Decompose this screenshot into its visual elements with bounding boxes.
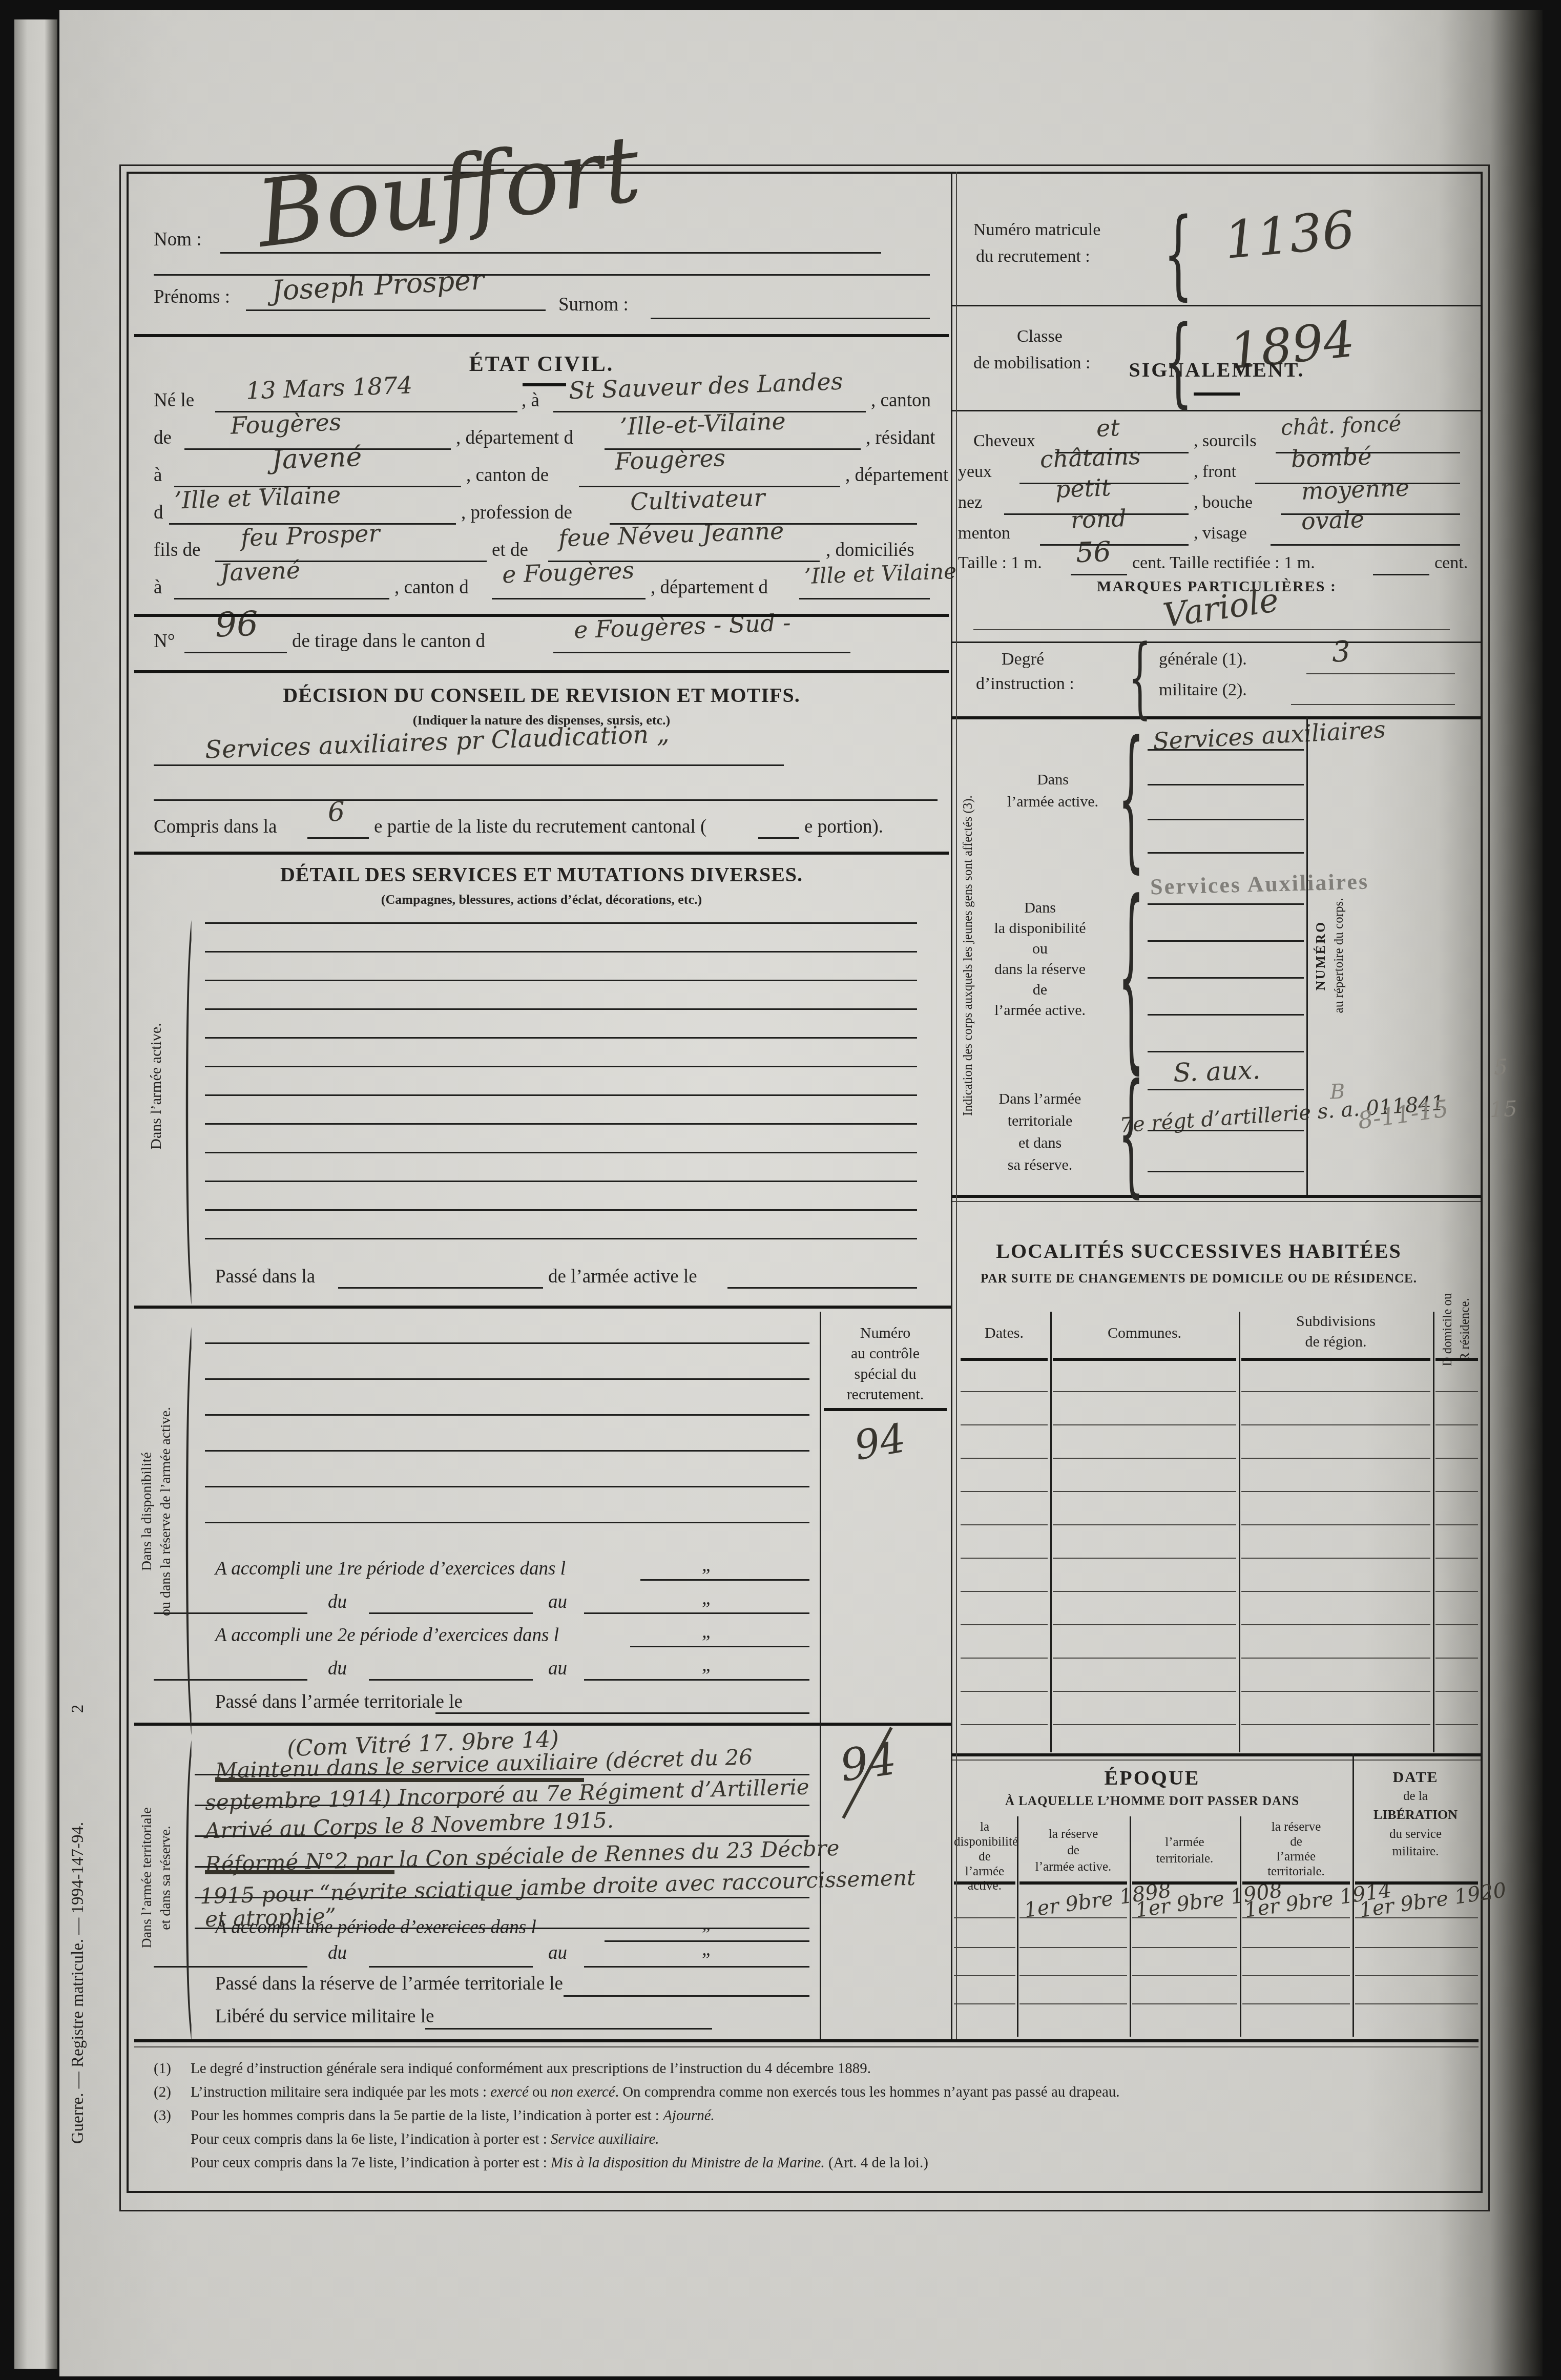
rule-line xyxy=(954,1947,1015,1948)
epoque-col1-0: la xyxy=(954,1820,1015,1834)
numero-controle-header-2: au contrôle xyxy=(824,1345,947,1362)
brace-decoration: { xyxy=(1118,729,1144,867)
compris-label-b: e partie de la liste du recrutement cant… xyxy=(374,817,706,838)
signalement-title: SIGNALEMENT. xyxy=(958,359,1475,381)
rule-line xyxy=(1053,1391,1236,1392)
taille-value: 56 xyxy=(1075,535,1112,569)
rule-line xyxy=(492,598,646,599)
degre-label-1: Degré xyxy=(1002,650,1044,669)
taille-label-a: Taille : 1 m. xyxy=(958,553,1042,572)
footnote-3b: Ajourné. xyxy=(663,2107,715,2124)
a3-label: à xyxy=(154,577,162,598)
dept3-value: ’Ille et Vilaine xyxy=(804,558,956,589)
footnote-2b: exercé xyxy=(490,2084,529,2100)
rule-line xyxy=(205,1414,809,1416)
footnote-3-text: Pour les hommes compris dans la 5e parti… xyxy=(191,2108,715,2124)
surnom-label: Surnom : xyxy=(558,295,629,316)
rule-line xyxy=(961,1358,1048,1361)
corps-territ-label-1: territoriale xyxy=(963,1112,1117,1129)
corps-territ-label-0: Dans l’armée xyxy=(963,1090,1117,1107)
ditto-6: „ xyxy=(702,1939,713,1960)
rule-line xyxy=(1148,1051,1304,1052)
disponibilite-side-label-2: ou dans la réserve de l’armée active. xyxy=(158,1407,174,1616)
generale-value: 3 xyxy=(1331,635,1351,669)
rule-line xyxy=(1241,1624,1430,1625)
rule-line xyxy=(1148,1014,1304,1016)
epoque-col2-0: la réserve xyxy=(1019,1827,1127,1841)
rule-line xyxy=(246,309,546,311)
epoque-col4-1: de xyxy=(1242,1835,1350,1849)
periode1-label: A accompli une 1re période d’exercices d… xyxy=(215,1559,566,1580)
rule-line xyxy=(435,1712,809,1714)
rule-line xyxy=(1435,1691,1478,1692)
rule-line xyxy=(1242,1881,1350,1885)
rule-line xyxy=(605,1940,809,1942)
grid-line xyxy=(1050,1312,1052,1752)
profession-label: , profession de xyxy=(461,503,572,524)
footnote-5-text: Pour ceux compris dans la 7e liste, l’in… xyxy=(191,2155,928,2171)
rule-line xyxy=(1271,544,1460,546)
rule-line xyxy=(961,1558,1048,1559)
epoque-title: ÉPOQUE xyxy=(952,1767,1352,1789)
rule-line xyxy=(1132,1947,1237,1948)
rule-line xyxy=(425,2028,712,2030)
territoriale-crossed-number: 94 xyxy=(837,1733,900,1792)
tirage-label: de tirage dans le canton d xyxy=(292,631,485,652)
territoriale-side-label-1: Dans l’armée territoriale xyxy=(139,1807,155,1948)
rule-line xyxy=(134,1306,952,1309)
rule-line xyxy=(134,614,949,617)
rule-line xyxy=(1053,1591,1236,1592)
dept2-label: , département xyxy=(845,465,948,486)
residence-value: Javené xyxy=(271,442,362,475)
epoque-col1-2: de xyxy=(954,1850,1015,1864)
rule-line xyxy=(1148,784,1304,785)
rule-line xyxy=(205,1522,809,1523)
matricule-label-1: Numéro matricule xyxy=(973,220,1100,239)
dept3-label: , département d xyxy=(651,577,768,598)
yeux-value: châtains xyxy=(1039,442,1141,473)
epoque-col4-3: territoriale. xyxy=(1242,1865,1350,1879)
rule-line xyxy=(952,305,1481,306)
rule-line xyxy=(1019,483,1189,484)
rule-line xyxy=(1241,1591,1430,1592)
rule-line xyxy=(1004,513,1189,515)
localites-col-communes: Communes. xyxy=(1053,1324,1236,1341)
epoque-col4-0: la réserve xyxy=(1242,1820,1350,1834)
rule-line xyxy=(1148,1089,1304,1090)
rule-line xyxy=(205,1450,809,1452)
sourcils-label: , sourcils xyxy=(1194,431,1257,450)
rule-line xyxy=(205,1094,917,1096)
grid-line xyxy=(1130,1816,1131,2037)
corps-active-label-2: l’armée active. xyxy=(994,793,1112,810)
rule-line xyxy=(1241,1691,1430,1692)
grid-line xyxy=(1352,1753,1354,2037)
rule-line xyxy=(961,1724,1048,1725)
canton-naissance: Fougères xyxy=(230,408,342,440)
footnote-5b: Mis à la disposition du Ministre de la M… xyxy=(551,2155,825,2171)
rule-line xyxy=(369,1966,533,1968)
ditto-2: „ xyxy=(702,1588,713,1609)
rule-line xyxy=(1194,392,1240,396)
corps-dispo-label-0: Dans xyxy=(963,899,1117,916)
rule-line xyxy=(1435,1458,1478,1459)
date-naissance: 13 Mars 1874 xyxy=(245,371,413,404)
corps-territ-pencil-mark: B xyxy=(1329,1080,1345,1104)
adjacent-page-edge xyxy=(14,19,57,2369)
visage-value: ovale xyxy=(1301,505,1365,535)
epoque-col1-1: disponibilité xyxy=(954,1835,1015,1849)
rule-line xyxy=(1148,940,1304,942)
domicilies-label: , domiciliés xyxy=(826,540,914,561)
rule-line xyxy=(1053,1458,1236,1459)
rule-line xyxy=(1241,1458,1430,1459)
rule-line xyxy=(205,1342,809,1344)
rule-line xyxy=(727,1287,917,1289)
rule-line xyxy=(1355,1975,1478,1976)
rule-line xyxy=(1053,1624,1236,1625)
rule-line xyxy=(584,1966,809,1968)
nom-label: Nom : xyxy=(154,230,202,251)
rule-line xyxy=(205,1066,917,1067)
detail-subtitle: (Campagnes, blessures, actions d’éclat, … xyxy=(134,893,949,907)
grid-line xyxy=(1017,1816,1018,2037)
footnote-5c: (Art. 4 de la loi.) xyxy=(825,2155,928,2171)
passe-active-label-a: Passé dans la xyxy=(215,1267,315,1288)
rule-line xyxy=(1241,1658,1430,1659)
rule-line xyxy=(1435,1724,1478,1725)
rule-line xyxy=(605,448,861,450)
epoque-date-header-4: militaire. xyxy=(1352,1845,1479,1859)
compris-label-c: e portion). xyxy=(804,817,883,838)
detail-title: DÉTAIL DES SERVICES ET MUTATIONS DIVERSE… xyxy=(134,863,949,886)
rule-line xyxy=(338,1287,543,1289)
margin-pencil-mark-2: 15 xyxy=(1489,1096,1517,1122)
rule-line xyxy=(154,1679,307,1681)
rule-line xyxy=(205,1152,917,1153)
epoque-col3-0: l’armée xyxy=(1132,1835,1237,1850)
rule-line xyxy=(369,1612,533,1614)
rule-line xyxy=(1255,483,1460,484)
rule-line xyxy=(134,670,949,673)
rule-line xyxy=(1053,1658,1236,1659)
rule-line xyxy=(205,980,917,981)
rule-line xyxy=(584,1612,809,1614)
rule-line xyxy=(630,1646,809,1647)
localites-col-subdiv-2: de région. xyxy=(1241,1333,1430,1350)
a-label: , à xyxy=(522,390,539,411)
taille-label-b: cent. Taille rectifiée : 1 m. xyxy=(1132,553,1315,572)
brace-decoration: ( xyxy=(184,907,193,1286)
militaire-label: militaire (2). xyxy=(1159,680,1247,699)
au-label-2: au xyxy=(548,1659,567,1680)
rule-line xyxy=(1148,852,1304,854)
rule-line xyxy=(954,1917,1015,1918)
canton3-label: , canton d xyxy=(394,577,469,598)
rule-line xyxy=(961,1491,1048,1492)
rule-line xyxy=(205,1238,917,1239)
footnote-2d: non exercé xyxy=(551,2084,615,2100)
matricule-label-2: du recrutement : xyxy=(976,247,1090,266)
du-label-2: du xyxy=(328,1659,347,1680)
passe-territoriale-label: Passé dans l’armée territoriale le xyxy=(215,1692,463,1713)
menton-label: menton xyxy=(958,524,1010,543)
rule-line xyxy=(952,1753,1481,1756)
rule-line xyxy=(952,716,1481,719)
epoque-subtitle: À LAQUELLE L’HOMME DOIT PASSER DANS xyxy=(952,1794,1352,1809)
rule-line xyxy=(154,1966,307,1968)
rule-line xyxy=(184,652,287,653)
rule-line xyxy=(1241,1558,1430,1559)
corps-active-label-1: Dans xyxy=(994,771,1112,788)
rule-line xyxy=(1053,1524,1236,1525)
taille-label-c: cent. xyxy=(1434,553,1468,572)
epoque-col2-2: l’armée active. xyxy=(1019,1860,1127,1874)
grid-line xyxy=(951,172,952,2039)
rule-line xyxy=(961,1458,1048,1459)
rule-line xyxy=(1148,1171,1304,1172)
footnote-2e: . On comprendra comme non exercés tous l… xyxy=(615,2084,1120,2100)
rule-line xyxy=(1355,1881,1478,1885)
rule-line xyxy=(174,486,461,487)
footnote-4-text: Pour ceux compris dans la 6e liste, l’in… xyxy=(191,2131,659,2148)
epoque-date-header-1: de la xyxy=(1352,1789,1479,1804)
et-de-label: et de xyxy=(492,540,528,561)
rule-line xyxy=(954,1881,1015,1885)
matricule-value: 1136 xyxy=(1222,199,1357,271)
rule-line xyxy=(1355,1917,1478,1918)
localites-title: LOCALITÉS SUCCESSIVES HABITÉES xyxy=(958,1240,1440,1263)
rule-line xyxy=(1053,1358,1236,1361)
numero-controle-value: 94 xyxy=(851,1415,909,1470)
rule-line xyxy=(961,1624,1048,1625)
territoriale-side-label-2: et dans sa réserve. xyxy=(158,1826,174,1930)
cheveux-label: Cheveux xyxy=(973,431,1035,450)
rule-line xyxy=(961,1658,1048,1659)
rule-line xyxy=(1148,1130,1304,1131)
classe-label-1: Classe xyxy=(1017,327,1063,346)
rule-line xyxy=(1241,1524,1430,1525)
rule-line xyxy=(1019,1975,1127,1976)
rule-line xyxy=(154,274,930,276)
ditto-1: „ xyxy=(702,1555,713,1576)
rule-line xyxy=(195,1835,809,1837)
localites-col-dr-1: D domicile ou xyxy=(1441,1293,1455,1366)
footnote-4a: Pour ceux compris dans la 6e liste, l’in… xyxy=(191,2131,551,2147)
rule-line xyxy=(1040,544,1189,546)
rule-line xyxy=(1242,2003,1350,2004)
rule-line xyxy=(1053,1558,1236,1559)
corps-numero-side-label-2: au répertoire du corps. xyxy=(1332,898,1346,1013)
rule-line xyxy=(1435,1391,1478,1392)
grid-line xyxy=(956,172,957,2039)
passe-reserve-label: Passé dans la réserve de l’armée territo… xyxy=(215,1974,563,1995)
libere-label: Libéré du service militaire le xyxy=(215,2006,434,2027)
corps-territ-label-2: et dans xyxy=(963,1134,1117,1151)
rule-line xyxy=(1053,1491,1236,1492)
rule-line xyxy=(952,1760,1481,1761)
decision-title: DÉCISION DU CONSEIL DE REVISION ET MOTIF… xyxy=(134,684,949,707)
profession-value: Cultivateur xyxy=(630,483,765,515)
rule-line xyxy=(205,1181,917,1182)
epoque-date-header-3: du service xyxy=(1352,1827,1479,1841)
rule-line xyxy=(1241,1391,1430,1392)
footnote-1-text: Le degré d’instruction générale sera ind… xyxy=(191,2061,871,2077)
margin-pencil-mark-1: 5 xyxy=(1493,1054,1508,1080)
ditto-3: „ xyxy=(702,1622,713,1643)
rule-line xyxy=(758,837,799,839)
visage-label: , visage xyxy=(1194,524,1247,543)
au-label-1: au xyxy=(548,1592,567,1613)
compris-label-a: Compris dans la xyxy=(154,817,277,838)
rule-line xyxy=(824,1408,947,1411)
rule-line xyxy=(1435,1491,1478,1492)
rule-line xyxy=(1132,2003,1237,2004)
corps-dispo-label-4: de xyxy=(963,981,1117,998)
rule-line xyxy=(1435,1658,1478,1659)
rule-line xyxy=(584,1679,809,1681)
rule-line xyxy=(651,318,930,319)
rule-line xyxy=(954,1975,1015,1976)
degre-label-2: d’instruction : xyxy=(976,674,1074,693)
margin-imprint: Guerre. — Registre matricule. — 1994-147… xyxy=(69,1822,88,2144)
armee-active-side-label: Dans l’armée active. xyxy=(148,1023,165,1149)
du-label-3: du xyxy=(328,1943,347,1964)
yeux-label: yeux xyxy=(958,462,992,481)
rule-line xyxy=(579,486,840,487)
rule-line xyxy=(1241,1424,1430,1425)
epoque-col1-3: l’armée active. xyxy=(949,1865,1021,1893)
rule-line xyxy=(1055,452,1189,453)
fils-de-label: fils de xyxy=(154,540,200,561)
rule-line xyxy=(1053,1724,1236,1725)
rule-line xyxy=(1019,1881,1127,1885)
canton2-label: , canton de xyxy=(466,465,549,486)
epoque-date-header-0: DATE xyxy=(1352,1769,1479,1786)
rule-line xyxy=(523,383,566,386)
footnote-2c: ou xyxy=(529,2084,551,2100)
rule-line xyxy=(174,598,389,599)
passe-active-label-b: de l’armée active le xyxy=(548,1267,697,1288)
rule-line xyxy=(1435,1591,1478,1592)
footnote-3a: Pour les hommes compris dans la 5e parti… xyxy=(191,2107,663,2124)
localites-col-dr-2: R résidence. xyxy=(1458,1298,1472,1361)
footnote-4b: Service auxiliaire. xyxy=(551,2131,659,2147)
rule-line xyxy=(205,1209,917,1211)
grid-line xyxy=(820,1312,821,2039)
dept1-label: , département d xyxy=(456,428,573,449)
rule-line xyxy=(169,523,456,525)
rule-line xyxy=(952,410,1481,411)
rule-line xyxy=(952,641,1481,643)
rule-line xyxy=(1053,1424,1236,1425)
rule-line xyxy=(134,1723,952,1726)
rule-line xyxy=(1355,2003,1478,2004)
corps-dispo-label-3: dans la réserve xyxy=(963,961,1117,978)
ditto-5: „ xyxy=(702,1914,713,1935)
rule-line xyxy=(564,1995,809,1997)
rule-line xyxy=(1242,1947,1350,1948)
rule-line xyxy=(1435,1424,1478,1425)
rule-line xyxy=(205,1378,809,1380)
grid-line xyxy=(1306,717,1308,1195)
rule-line xyxy=(134,334,949,337)
rule-line xyxy=(195,1897,809,1898)
rule-line xyxy=(195,1866,809,1868)
ne-le-label: Né le xyxy=(154,390,194,411)
rule-line xyxy=(1306,673,1455,674)
sourcils-value: chât. foncé xyxy=(1280,411,1402,440)
rule-line xyxy=(215,411,517,412)
epoque-col2-1: de xyxy=(1019,1844,1127,1858)
brace-decoration: ( xyxy=(184,1314,193,1715)
rule-line xyxy=(952,1201,1481,1202)
rule-line xyxy=(1276,452,1460,453)
corps-dispo-label-1: la disponibilité xyxy=(963,920,1117,937)
territoriale-line1-rest: (décret du 26 xyxy=(598,1744,753,1773)
footnote-2a: L’instruction militaire sera indiquée pa… xyxy=(191,2084,490,2100)
rule-line xyxy=(1435,1524,1478,1525)
rule-line xyxy=(205,922,917,924)
ditto-4: „ xyxy=(702,1655,713,1676)
localites-subtitle: PAR SUITE DE CHANGEMENTS DE DOMICILE OU … xyxy=(958,1272,1440,1286)
rule-line xyxy=(553,411,866,412)
rule-line xyxy=(1019,1917,1127,1918)
rule-line xyxy=(973,629,1450,630)
rule-line xyxy=(134,2039,1479,2042)
prenoms-label: Prénoms : xyxy=(154,287,230,308)
rule-line xyxy=(961,1591,1048,1592)
rule-line xyxy=(961,1524,1048,1525)
corps-territ-label-3: sa réserve. xyxy=(963,1156,1117,1173)
nez-label: nez xyxy=(958,493,982,512)
rule-line xyxy=(961,1424,1048,1425)
grid-line xyxy=(1240,1816,1241,2037)
a2-label: à xyxy=(154,465,162,486)
rule-line xyxy=(548,561,820,562)
rule-line xyxy=(154,799,938,801)
brace-decoration: { xyxy=(1163,210,1193,298)
generale-label: générale (1). xyxy=(1159,650,1247,669)
localites-col-dates: Dates. xyxy=(961,1324,1048,1341)
rule-line xyxy=(1241,1358,1430,1361)
periode2-label: A accompli une 2e période d’exercices da… xyxy=(215,1625,559,1646)
rule-line xyxy=(154,764,784,766)
rule-line xyxy=(205,1486,809,1487)
rule-line xyxy=(220,252,881,254)
numero-controle-header-3: spécial du xyxy=(824,1365,947,1382)
brace-decoration: { xyxy=(1118,1073,1144,1193)
menton-value: rond xyxy=(1070,504,1127,534)
rule-line xyxy=(1291,704,1455,705)
rule-line xyxy=(215,1778,584,1782)
rule-line xyxy=(640,1579,809,1581)
rule-line xyxy=(610,523,917,525)
rule-line xyxy=(1132,1975,1237,1976)
rule-line xyxy=(134,2046,1479,2047)
rule-line xyxy=(1148,819,1304,820)
footnote-2-text: L’instruction militaire sera indiquée pa… xyxy=(191,2084,1120,2101)
rule-line xyxy=(195,1774,809,1775)
rule-line xyxy=(1435,1358,1478,1361)
compris-value: 6 xyxy=(327,796,345,827)
epoque-date-header-2: LIBÉRATION xyxy=(1352,1808,1479,1823)
de-label: de xyxy=(154,428,172,449)
corps-dispo-label-5: l’armée active. xyxy=(963,1002,1117,1019)
footnote-1-marker: (1) xyxy=(154,2061,171,2077)
rule-line xyxy=(134,852,949,855)
